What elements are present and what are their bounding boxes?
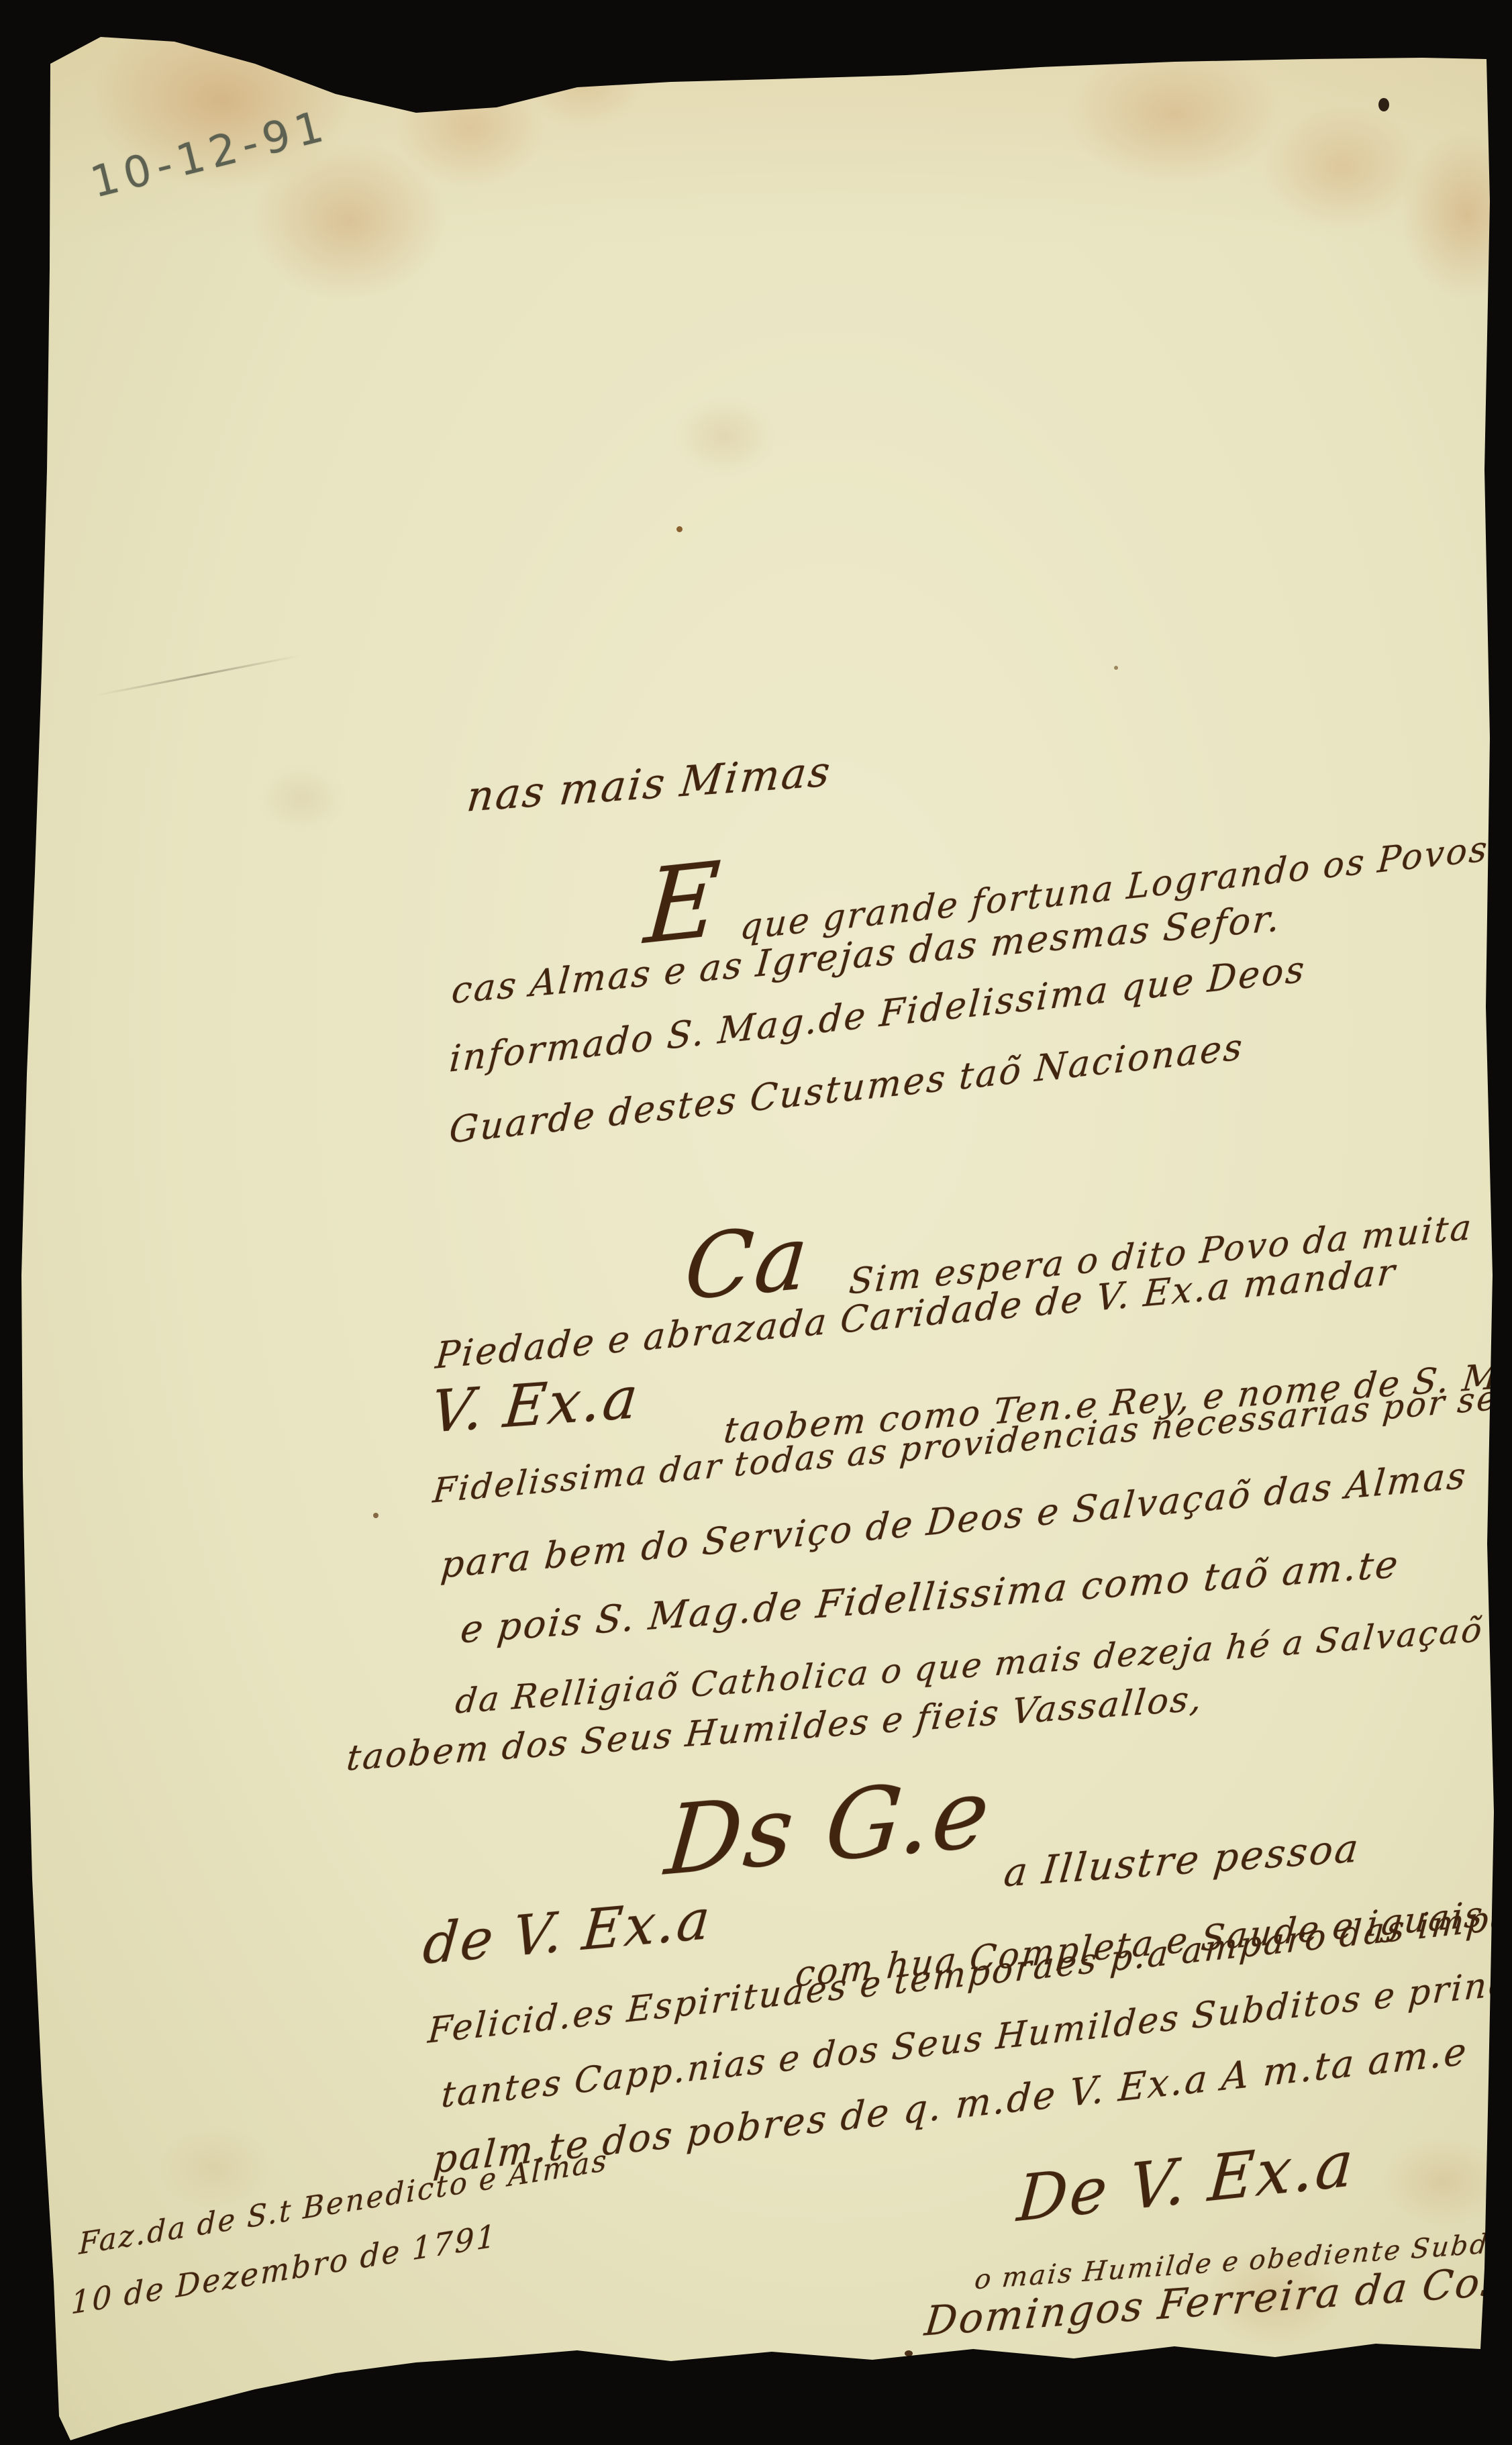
ink-speck [373, 1513, 379, 1518]
ink-speck [676, 526, 683, 532]
archival-date-pencil-note: 10-12-91 [86, 101, 334, 207]
manuscript-line: a Illustre pessoa [1002, 1825, 1362, 1896]
ink-speck [905, 2350, 913, 2356]
closing-salutation: De V. Ex.a [1015, 2127, 1358, 2236]
ink-speck [1114, 666, 1118, 670]
paper-crease [96, 654, 301, 696]
manuscript-flourish-initial: V. Ex.a [427, 1364, 642, 1446]
manuscript-flourish-initial: de V. Ex.a [421, 1887, 715, 1977]
manuscript-flourish-initial: Ds G.e [661, 1757, 995, 1897]
manuscript-page: 10-12-91 nas mais Mimas E que grande for… [0, 0, 1512, 2445]
manuscript-line: nas mais Mimas [464, 746, 834, 821]
scan-background: 10-12-91 nas mais Mimas E que grande for… [0, 0, 1512, 2445]
ink-speck [1378, 98, 1389, 111]
